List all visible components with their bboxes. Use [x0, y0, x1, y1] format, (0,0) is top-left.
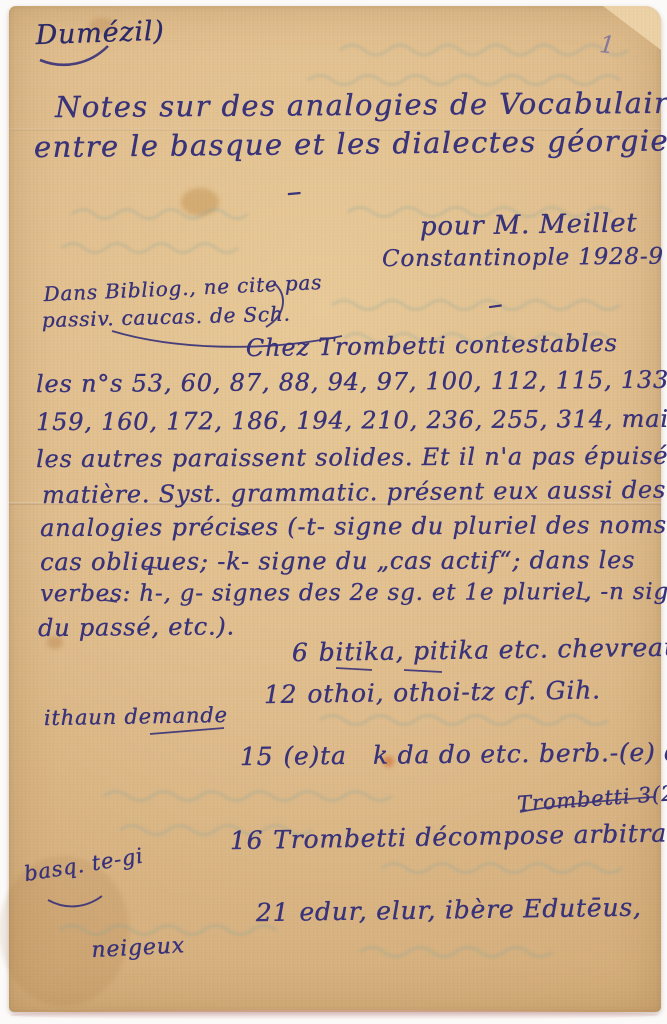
paragraph-line: matière. Syst. grammatic. présent eux au… — [42, 476, 666, 509]
dedication-date-line: Constantinople 1928-9 — [382, 244, 664, 272]
margin-note-ithaun: ithaun demande — [44, 703, 228, 730]
entry-row: 6bitika, pitika etc. chevreau — [292, 633, 667, 667]
paragraph-line: Chez Trombetti contestables — [246, 329, 618, 362]
entry-text: othoi, othoi-tz cf. Gih. — [307, 675, 601, 708]
entry-row: 15(e)ta k da do etc. berb.-(e) d — [240, 737, 667, 771]
entry-number: 6 — [292, 638, 309, 667]
paragraph-line: analogies précises (-t- signe du pluriel… — [40, 510, 667, 542]
paragraph-line: les autres paraissent solides. Et il n'a… — [36, 442, 667, 473]
entry-row: 12othoi, othoi-tz cf. Gih. — [264, 675, 601, 709]
dedication-line: pour M. Meillet — [419, 208, 637, 242]
entry-number: 16 — [229, 825, 263, 855]
paper-stain — [181, 188, 219, 216]
entry-number: 12 — [264, 680, 298, 709]
entry-text: edur, elur, ibère Edutēus, — [299, 893, 642, 927]
scanned-manuscript: { "doc": { "author_annotation": "Dumézil… — [0, 0, 667, 1024]
page-number: 1 — [598, 30, 617, 60]
entry-number: 21 — [256, 898, 290, 927]
paragraph-line: les n°s 53, 60, 87, 88, 94, 97, 100, 112… — [36, 366, 667, 398]
title-line-1: Notes sur des analogies de Vocabulaire — [55, 86, 667, 124]
entry-number: 15 — [240, 742, 274, 771]
scan-shadow — [10, 1010, 658, 1020]
entry-text: (e)ta k da do etc. berb.-(e) d — [283, 737, 667, 770]
paragraph-line: du passé, etc.). — [38, 612, 235, 642]
paragraph-line: cas obliques; -k- signe du „cas actif“; … — [40, 546, 635, 576]
separator-dash-1: – — [285, 174, 304, 210]
title-line-2: entre le basque et les dialectes géorgie… — [34, 123, 667, 164]
entry-text: bitika, pitika etc. chevreau — [318, 633, 667, 667]
paragraph-line: verbes: h-, g- signes des 2e sg. et 1e p… — [40, 579, 667, 607]
entry-row: 21edur, elur, ibère Edutēus, — [256, 893, 642, 927]
margin-note-neigeux: neigeux — [91, 933, 186, 963]
author-annotation: Dumézil) — [35, 16, 165, 51]
paragraph-line: 159, 160, 172, 186, 194, 210, 236, 255, … — [36, 405, 667, 436]
